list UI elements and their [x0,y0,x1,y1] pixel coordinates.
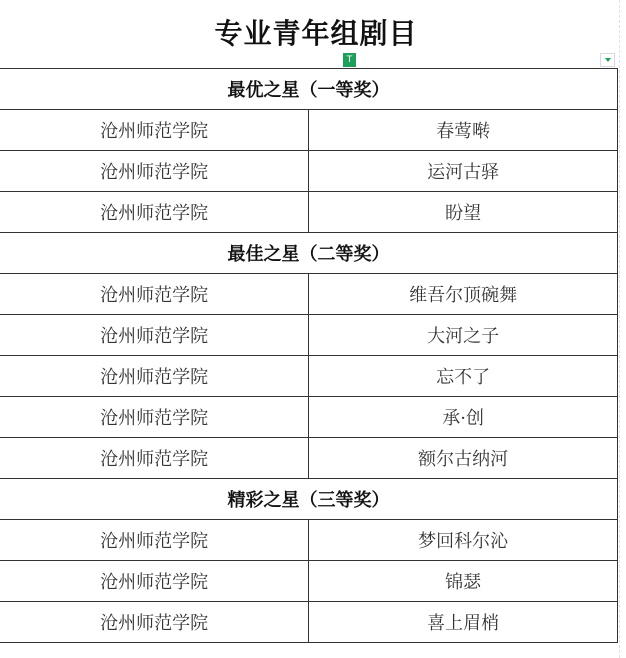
work-cell[interactable]: 维吾尔顶碗舞 [309,274,618,315]
table-row: 沧州师范学院 喜上眉梢 [0,602,618,643]
work-cell[interactable]: 锦瑟 [309,561,618,602]
awards-table: 最优之星（一等奖） 沧州师范学院 春莺啭 沧州师范学院 运河古驿 沧州师范学院 … [0,68,618,643]
work-cell[interactable]: 梦回科尔沁 [309,520,618,561]
table-row: 沧州师范学院 春莺啭 [0,110,618,151]
table-row: 沧州师范学院 梦回科尔沁 [0,520,618,561]
school-cell[interactable]: 沧州师范学院 [0,520,309,561]
table-row: 沧州师范学院 锦瑟 [0,561,618,602]
sheet-gridline [619,0,620,658]
school-cell[interactable]: 沧州师范学院 [0,151,309,192]
section-heading[interactable]: 最佳之星（二等奖） [0,233,618,274]
section-header-row: 精彩之星（三等奖） [0,479,618,520]
work-cell[interactable]: 额尔古纳河 [309,438,618,479]
school-cell[interactable]: 沧州师范学院 [0,192,309,233]
table-row: 沧州师范学院 忘不了 [0,356,618,397]
school-cell[interactable]: 沧州师范学院 [0,602,309,643]
work-cell[interactable]: 运河古驿 [309,151,618,192]
section-heading[interactable]: 精彩之星（三等奖） [0,479,618,520]
table-row: 沧州师范学院 承·创 [0,397,618,438]
work-cell[interactable]: 忘不了 [309,356,618,397]
filter-icon[interactable]: T [343,53,356,67]
table-row: 沧州师范学院 大河之子 [0,315,618,356]
section-header-row: 最优之星（一等奖） [0,69,618,110]
work-cell[interactable]: 喜上眉梢 [309,602,618,643]
table-row: 沧州师范学院 盼望 [0,192,618,233]
work-cell[interactable]: 大河之子 [309,315,618,356]
section-header-row: 最佳之星（二等奖） [0,233,618,274]
table-row: 沧州师范学院 维吾尔顶碗舞 [0,274,618,315]
table-row: 沧州师范学院 额尔古纳河 [0,438,618,479]
school-cell[interactable]: 沧州师范学院 [0,315,309,356]
school-cell[interactable]: 沧州师范学院 [0,274,309,315]
school-cell[interactable]: 沧州师范学院 [0,438,309,479]
section-heading[interactable]: 最优之星（一等奖） [0,69,618,110]
school-cell[interactable]: 沧州师范学院 [0,110,309,151]
school-cell[interactable]: 沧州师范学院 [0,356,309,397]
work-cell[interactable]: 春莺啭 [309,110,618,151]
dropdown-arrow-icon[interactable] [600,53,615,67]
page-title: 专业青年组剧目 [0,14,626,54]
work-cell[interactable]: 盼望 [309,192,618,233]
school-cell[interactable]: 沧州师范学院 [0,397,309,438]
work-cell[interactable]: 承·创 [309,397,618,438]
table-row: 沧州师范学院 运河古驿 [0,151,618,192]
school-cell[interactable]: 沧州师范学院 [0,561,309,602]
